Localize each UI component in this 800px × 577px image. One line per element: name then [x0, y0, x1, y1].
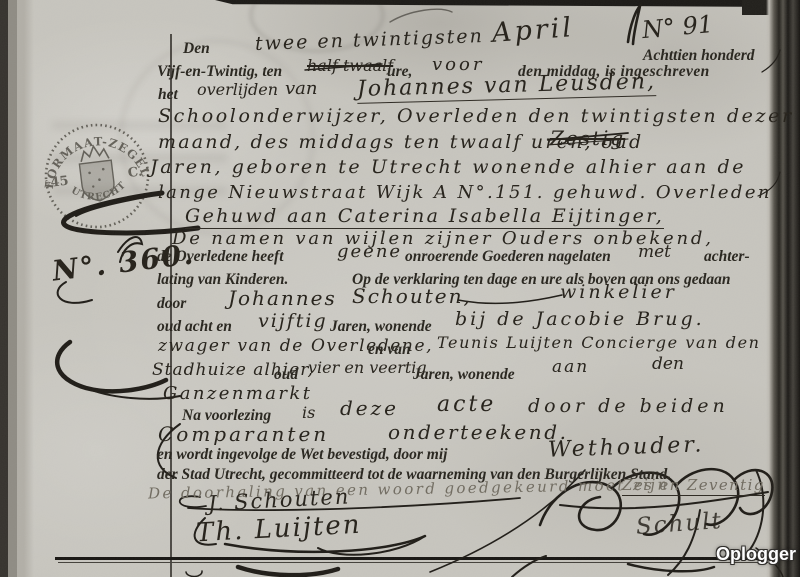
printed-jaren-wonende-2: Jaren, wonende	[413, 366, 515, 383]
margin-swash-lower	[57, 342, 166, 391]
handwritten-deze: deze	[340, 397, 399, 419]
next-record-mark-4	[628, 564, 714, 571]
handwritten-aan: aan	[552, 358, 589, 377]
signature-wethouder-name: Schult	[635, 509, 723, 540]
stamp-cents-text: C.	[127, 164, 143, 181]
handwritten-line-address: lange Nieuwstraat Wijk A N°.151. gehuwd.…	[158, 183, 772, 203]
handwritten-line-spouse: Gehuwd aan Caterina Isabella Eijtinger,	[185, 206, 664, 229]
printed-oud-acht-en: oud acht en	[157, 318, 232, 335]
handwritten-wethouder: Wethouder.	[548, 433, 705, 463]
handwritten-line-birthplace: Jaren, geboren te Utrecht wonende alhier…	[150, 157, 746, 178]
handwritten-is: is	[302, 404, 315, 422]
printed-goederen-nagelaten: onroerende Goederen nagelaten	[405, 248, 611, 265]
next-record-mark-2	[238, 567, 338, 575]
handwritten-month: April	[491, 13, 575, 48]
top-ascender-stroke	[628, 6, 640, 44]
scanned-death-record-page: FORMAAT-ZEGEL UTRECHT 45 C.	[0, 0, 800, 577]
handwritten-den: den	[652, 355, 684, 374]
record-divider-line-thin	[58, 562, 768, 563]
handwritten-acte: acte	[437, 393, 496, 417]
handwritten-met: met	[638, 243, 671, 262]
formaat-zegel-stamp: FORMAAT-ZEGEL UTRECHT 45 C.	[28, 103, 165, 249]
connector-stroke	[458, 295, 562, 303]
printed-achttien-honderd: Achttien honderd	[643, 47, 755, 64]
handwritten-overlijden: overlijden	[197, 81, 278, 99]
second-declarant-age: vier en veertig	[308, 359, 427, 377]
handwritten-age-struck: Zestig	[550, 127, 625, 149]
printed-wet-bevestigd: en wordt ingevolge de Wet bevestigd, doo…	[157, 446, 447, 463]
handwritten-time-struck: half twaalf	[307, 57, 393, 75]
approval-note-number: Zes en Zeventig	[622, 477, 765, 496]
printed-jaren-wonende-1: Jaren, wonende	[330, 318, 432, 335]
signature-luijten: Th. Luijten	[195, 511, 362, 548]
book-binding-edge	[766, 0, 800, 577]
handwritten-door-de-beiden: door de beiden	[528, 396, 729, 417]
printed-oud: oud	[274, 366, 298, 383]
handwritten-line-parents: De namen van wijlen zijner Ouders onbeke…	[172, 229, 714, 249]
handwritten-comparanten: Comparanten	[158, 423, 329, 445]
deceased-name: Johannes van Leusden,	[357, 70, 657, 104]
handwritten-voor: voor	[432, 55, 484, 75]
printed-het: het	[158, 86, 178, 103]
declarant-first-name: Johannes	[228, 287, 337, 309]
handwritten-line-occupation: Schoolonderwijzer, Overleden den twintig…	[158, 106, 794, 127]
act-number: N° 91	[641, 11, 714, 43]
declarant-occupation: winkelier	[560, 282, 677, 303]
declarant-age: vijftig	[258, 311, 328, 332]
printed-door: door	[157, 295, 186, 312]
printed-vijfentwintig-ten: Vijf-en-Twintig, ten	[157, 63, 282, 80]
handwritten-van: van	[285, 79, 318, 99]
handwritten-onderteekend: onderteekend.	[388, 421, 569, 443]
printed-achter: achter-	[704, 248, 750, 265]
handwritten-geene: geene	[337, 242, 402, 262]
printed-den: Den	[183, 40, 210, 57]
stamp-value-text: 45	[50, 174, 70, 191]
book-left-edge	[0, 0, 34, 577]
top-curve-stroke	[390, 9, 452, 22]
next-record-mark-1	[186, 571, 202, 577]
declarant-address: bij de Jacobie Brug.	[455, 309, 705, 330]
printed-en-van: en van	[368, 341, 411, 358]
second-declarant-street: Ganzenmarkt	[163, 384, 312, 404]
declarant-last-name: Schouten,	[352, 285, 472, 307]
record-divider-line-thick	[55, 557, 771, 560]
second-declarant: Teunis Luijten Concierge van den	[437, 334, 761, 352]
oplogger-watermark: Oplogger	[716, 545, 796, 565]
